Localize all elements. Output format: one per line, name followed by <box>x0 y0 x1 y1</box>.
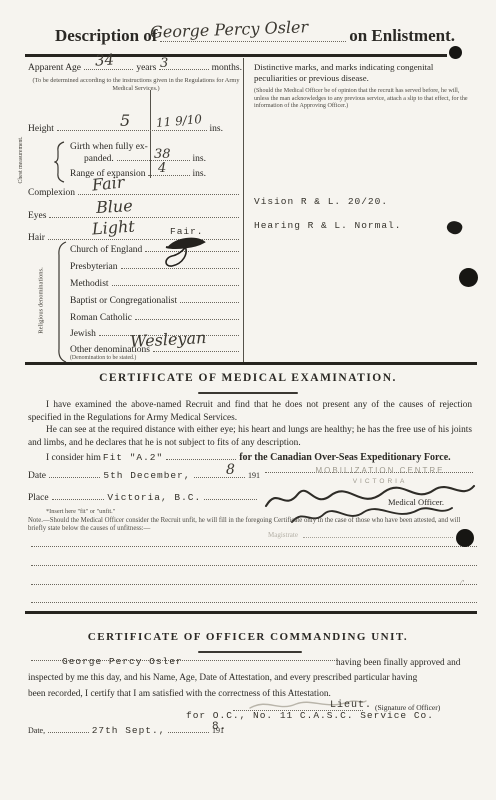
column-divider <box>243 58 244 363</box>
expansion-value: 4 <box>158 161 166 176</box>
blank-line-3 <box>31 582 477 585</box>
girth-value: 38 <box>154 147 171 162</box>
religion-side-label-wrap: Religious denominations. <box>38 261 45 341</box>
expansion-line <box>148 173 189 176</box>
expansion-unit: ins. <box>193 169 206 179</box>
religion-label-0: Church of England <box>70 245 142 255</box>
girth-label-line2: panded. <box>84 154 114 164</box>
insert-fit-note: *Insert here "fit" or "unfit." <box>46 508 115 516</box>
distinctive-marks-heading: Distinctive marks, and marks indicating … <box>254 62 478 85</box>
blank-line-2 <box>31 563 477 566</box>
religion-label-1: Presbyterian <box>70 262 118 272</box>
church-of-england-ink-mark <box>158 234 224 280</box>
eyes-row: Eyes <box>28 211 242 221</box>
religion-row-baptist: Baptist or Congregationalist <box>70 296 242 306</box>
medical-date-typed: 5th December, <box>103 470 190 481</box>
religion-line-2 <box>112 283 239 286</box>
officer-title-divider <box>198 651 302 653</box>
officer-date-row: Date, 27th Sept., 191 <box>28 725 224 736</box>
officer-para-line2: inspected by me this day, and his Name, … <box>28 673 472 683</box>
months-label: months. <box>212 63 242 73</box>
consider-prefix: I consider him <box>46 453 101 463</box>
religion-side-label: Religious denominations. <box>38 267 45 333</box>
medical-date-line2 <box>194 475 245 478</box>
medical-place-line2 <box>204 497 257 500</box>
officer-date-line2 <box>168 730 209 733</box>
age-years-value: 34 <box>94 50 114 69</box>
height-unit: ins. <box>210 124 223 134</box>
vision-value: Vision R & L. 20/20. <box>254 196 388 207</box>
eyes-line <box>49 215 239 218</box>
officer-date-line1 <box>48 730 89 733</box>
religion-line-4 <box>135 317 239 320</box>
medical-certificate-title: CERTIFICATE OF MEDICAL EXAMINATION. <box>0 372 496 384</box>
religion-label-5: Jewish <box>70 329 96 339</box>
punch-hole-top <box>449 46 462 59</box>
medical-date-label: Date <box>28 471 46 481</box>
officer-certificate-title: CERTIFICATE OF OFFICER COMMANDING UNIT. <box>0 631 496 643</box>
religion-row-roman-catholic: Roman Catholic <box>70 313 242 323</box>
religion-row-methodist: Methodist <box>70 279 242 289</box>
medical-paragraph-1: I have examined the above-named Recruit … <box>28 399 472 425</box>
mobilization-stamp-line1: MOBILIZATION CENTRE <box>285 466 475 475</box>
consider-suffix: for the Canadian Over-Seas Expeditionary… <box>239 452 450 463</box>
officer-para-line1: having been finally approved and <box>336 658 460 668</box>
punch-hole-middle <box>459 268 478 287</box>
religion-line-6 <box>153 349 239 352</box>
magistrate-faint-text: Magistrate <box>268 531 298 539</box>
chest-side-label: Chest measurement. <box>18 137 24 184</box>
religion-label-4: Roman Catholic <box>70 313 132 323</box>
medical-title-divider <box>198 392 298 394</box>
age-months-value: 3 <box>160 56 168 71</box>
chest-brace <box>54 141 66 183</box>
medical-place-typed: Victoria, B.C. <box>107 492 201 503</box>
girth-row: panded. ins. <box>84 154 206 164</box>
punch-hole-lower <box>456 529 474 547</box>
medical-officer-label: Medical Officer. <box>388 497 444 507</box>
unfit-note: Note.—Should the Medical Officer conside… <box>28 517 472 534</box>
girth-label-line1: Girth when fully ex- <box>70 142 148 152</box>
height-label: Height <box>28 124 54 134</box>
officer-date-typed: 27th Sept., <box>92 725 166 736</box>
distinctive-marks-note: (Should the Medical Officer be of opinio… <box>254 88 470 111</box>
chest-side-label-wrap: Chest measurement. <box>18 125 24 195</box>
religion-label-3: Baptist or Congregationalist <box>70 296 177 306</box>
medical-paragraph-2: He can see at the required distance with… <box>28 424 472 450</box>
fitness-value-typed: Fit "A.2" <box>103 452 163 463</box>
officer-date-label: Date, <box>28 727 45 736</box>
height-feet-value: 5 <box>120 111 130 130</box>
religion-other-value: Wesleyan <box>130 328 207 351</box>
complexion-value: Fair <box>91 172 125 194</box>
faint-line-under-signature <box>303 535 453 538</box>
complexion-row: Complexion <box>28 188 242 198</box>
ink-blot <box>445 219 464 237</box>
officer-year-overwrite: 8. <box>212 721 227 733</box>
hair-label: Hair <box>28 233 45 243</box>
stray-mark: /' <box>459 578 465 588</box>
section-rule-1 <box>25 362 477 365</box>
religion-line-3 <box>180 300 239 303</box>
title-suffix: on Enlistment. <box>349 26 455 46</box>
girth-unit: ins. <box>193 154 206 164</box>
hearing-value: Hearing R & L. Normal. <box>254 220 401 231</box>
header-rule <box>25 54 447 57</box>
eyes-value: Blue <box>96 196 134 217</box>
section-rule-2 <box>25 611 477 614</box>
blank-line-4 <box>31 600 477 603</box>
officer-unit-typed: for O.C., No. 11 C.A.S.C. Service Co. <box>186 710 434 721</box>
attestation-form-page: Description of on Enlistment. George Per… <box>0 0 496 800</box>
fitness-line <box>166 457 236 460</box>
years-label: years <box>136 63 156 73</box>
hair-value-handwritten: Light <box>91 217 135 239</box>
fitness-row: I consider him Fit "A.2" for the Canadia… <box>46 452 472 463</box>
religion-brace <box>55 241 67 363</box>
medical-year-printed: 191 <box>248 472 260 481</box>
age-note: (To be determined according to the instr… <box>28 77 244 93</box>
medical-year-handwritten: 8 <box>226 462 235 478</box>
medical-place-row: Place Victoria, B.C. <box>28 492 260 503</box>
apparent-age-row: Apparent Age years months. <box>28 63 242 73</box>
apparent-age-label: Apparent Age <box>28 63 81 73</box>
religion-label-2: Methodist <box>70 279 109 289</box>
height-line <box>57 128 207 131</box>
eyes-label: Eyes <box>28 211 46 221</box>
medical-place-line1 <box>52 497 105 500</box>
medical-place-label: Place <box>28 493 49 503</box>
title-prefix: Description of <box>55 26 157 46</box>
blank-line-1 <box>31 544 477 547</box>
complexion-label: Complexion <box>28 188 75 198</box>
officer-name-typed: George Percy Osler <box>62 656 183 667</box>
medical-date-line1 <box>49 475 100 478</box>
